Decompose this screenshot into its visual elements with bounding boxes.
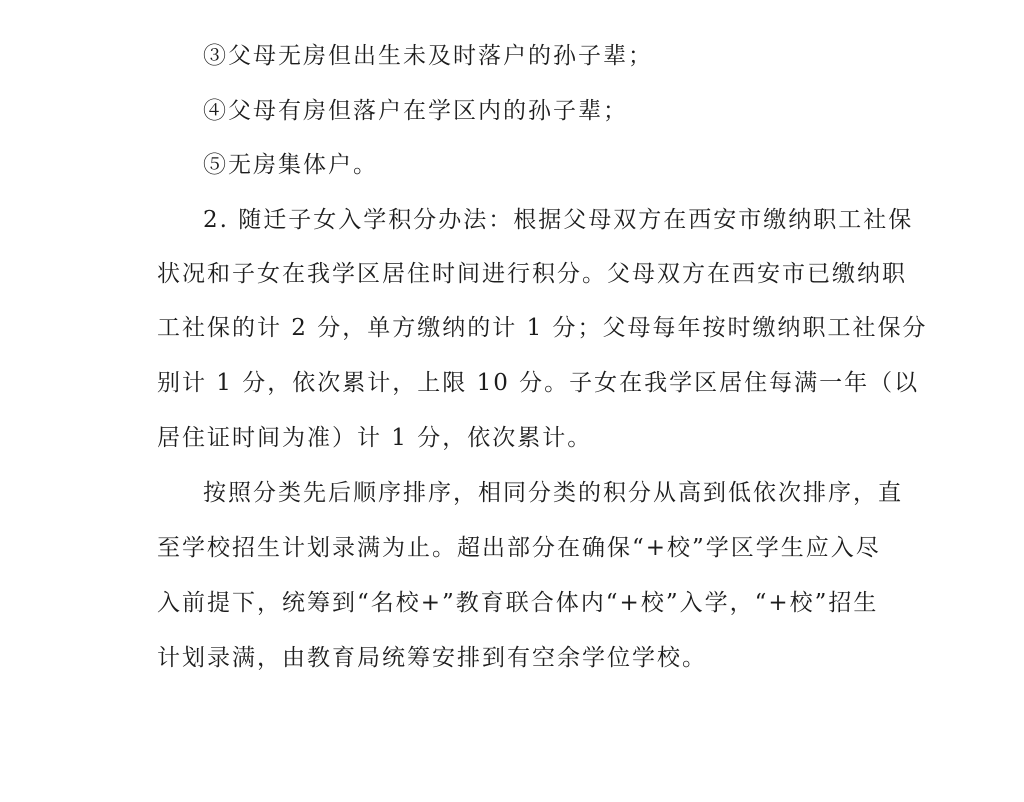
paragraph-line: 别计 1 分，依次累计，上限 10 分。子女在我学区居住每满一年（以 <box>157 356 868 410</box>
paragraph-line: 按照分类先后顺序排序，相同分类的积分从高到低依次排序，直 <box>203 466 868 520</box>
paragraph-line: 状况和子女在我学区居住时间进行积分。父母双方在西安市已缴纳职 <box>157 247 868 301</box>
paragraph-line: 居住证时间为准）计 1 分，依次累计。 <box>157 411 868 465</box>
list-item-4: ④父母有房但落户在学区内的孙子辈； <box>203 84 628 138</box>
list-item-3: ③父母无房但出生未及时落户的孙子辈； <box>203 29 653 83</box>
list-item-5: ⑤无房集体户。 <box>203 138 378 192</box>
paragraph-line: 入前提下，统筹到“名校+”教育联合体内“+校”入学，“+校”招生 <box>157 576 868 630</box>
document-page: ③父母无房但出生未及时落户的孙子辈； ④父母有房但落户在学区内的孙子辈； ⑤无房… <box>0 0 1024 802</box>
paragraph-line: 工社保的计 2 分，单方缴纳的计 1 分；父母每年按时缴纳职工社保分 <box>157 301 868 355</box>
paragraph-line: 至学校招生计划录满为止。超出部分在确保“+校”学区学生应入尽 <box>157 521 868 575</box>
paragraph-line: 2. 随迁子女入学积分办法：根据父母双方在西安市缴纳职工社保 <box>203 193 868 247</box>
paragraph-line: 计划录满，由教育局统筹安排到有空余学位学校。 <box>157 631 868 685</box>
